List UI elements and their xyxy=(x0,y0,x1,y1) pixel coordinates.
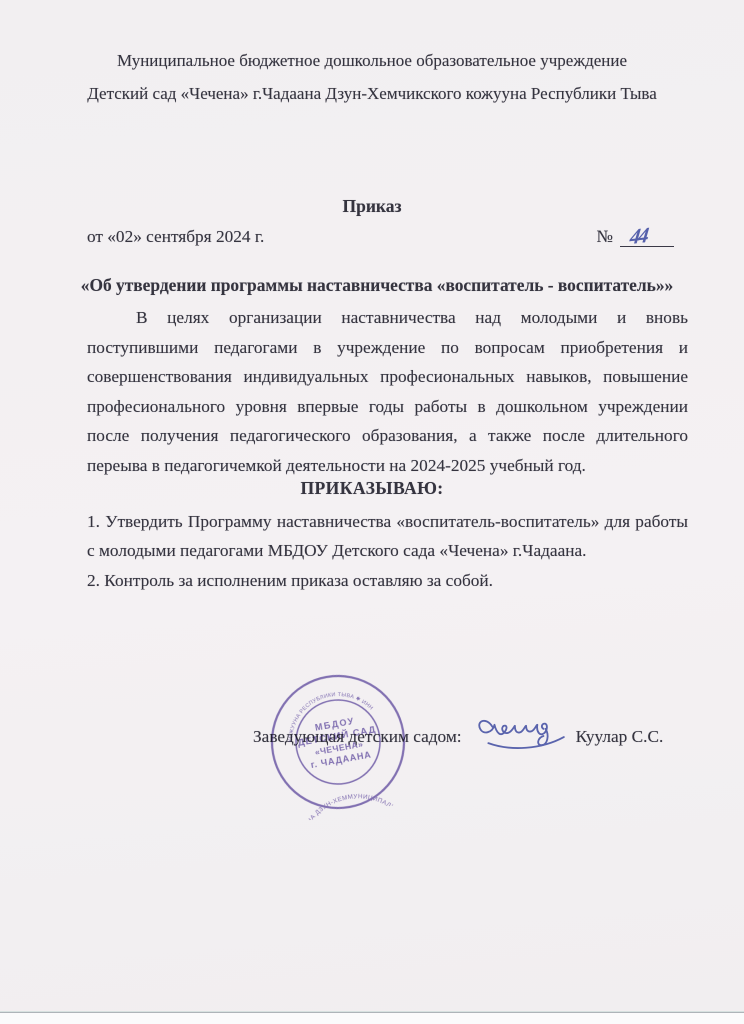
scan-bottom-edge xyxy=(0,1012,744,1024)
scanned-order-document: Муниципальное бюджетное дошкольное образ… xyxy=(0,0,744,1024)
order-date: от «02» сентября 2024 г. xyxy=(87,227,264,247)
order-body-paragraph: В целях организации наставничества над м… xyxy=(87,303,688,481)
date-number-row: от «02» сентября 2024 г. № 44 xyxy=(87,222,674,247)
resolution-word: ПРИКАЗЫВАЮ: xyxy=(0,478,744,499)
order-items: 1. Утвердить Программу наставничества «в… xyxy=(87,507,688,595)
organization-name-line1: Муниципальное бюджетное дошкольное образ… xyxy=(30,44,714,77)
organization-name-line2: Детский сад «Чечена» г.Чадаана Дзун-Хемч… xyxy=(30,77,714,110)
signatory-name: Куулар С.С. xyxy=(576,727,664,746)
order-number: № 44 xyxy=(597,222,675,247)
document-header: Муниципальное бюджетное дошкольное образ… xyxy=(30,44,714,110)
order-number-label: № xyxy=(597,227,614,247)
order-number-blank-line: 44 xyxy=(620,222,674,247)
handwritten-signature xyxy=(470,712,572,758)
handwritten-order-number: 44 xyxy=(628,223,648,251)
order-title: Приказ xyxy=(0,196,744,217)
order-item-2: 2. Контроль за исполненим приказа оставл… xyxy=(87,566,688,595)
order-item-1: 1. Утвердить Программу наставничества «в… xyxy=(87,507,688,566)
order-subject: «Об утвердении программы наставничества … xyxy=(60,275,694,296)
round-stamp: МУНИЦИПАЛЬНОЕ БЮДЖЕТНОЕ ДОШКОЛЬНОЕ ОБРАЗ… xyxy=(255,659,422,826)
